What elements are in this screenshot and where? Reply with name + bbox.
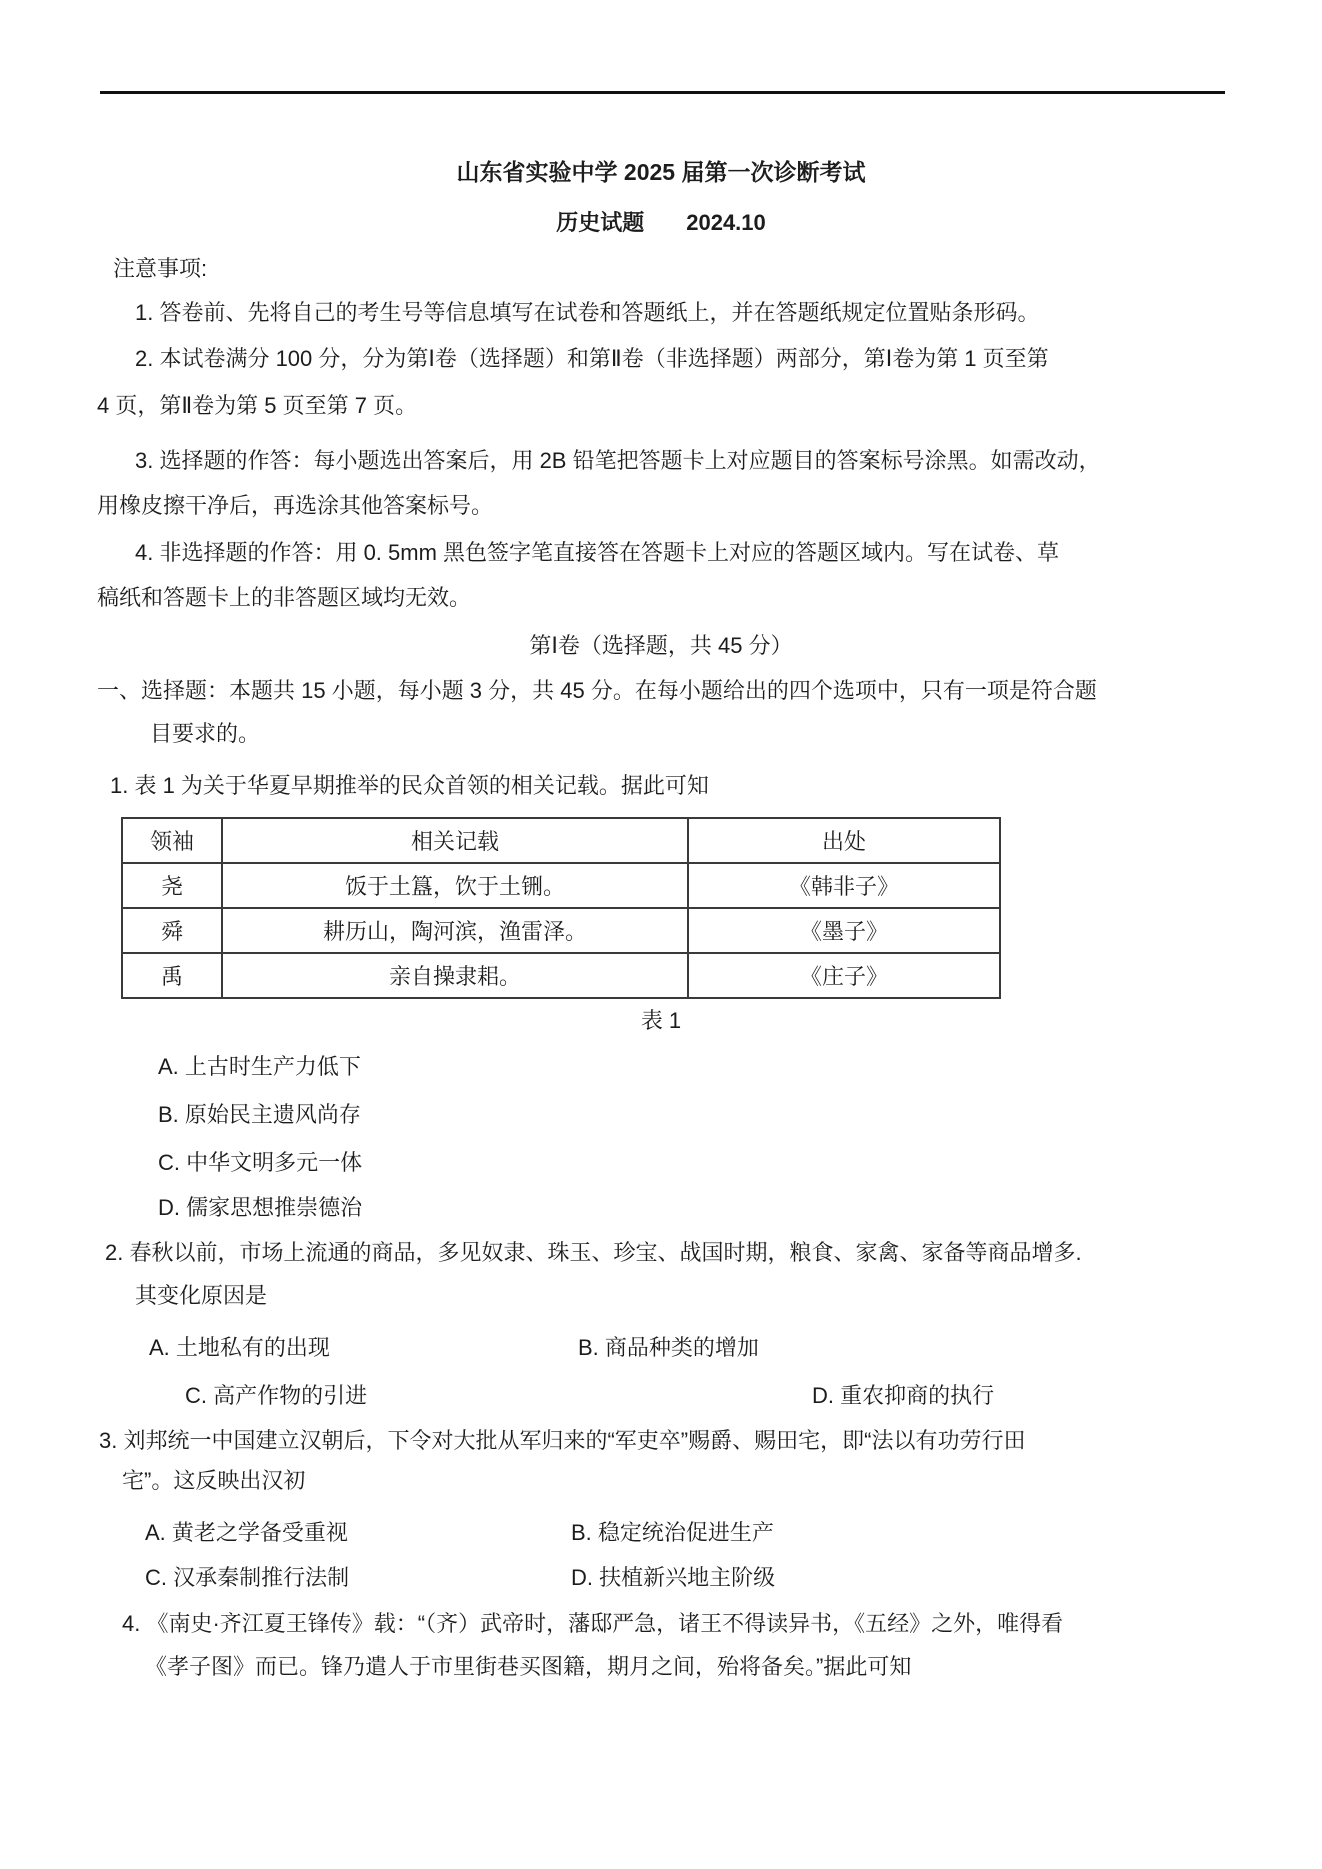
q1-table-cell-record: 亲自操隶耜。 [222,953,688,998]
q1-table-header-source: 出处 [688,818,1000,863]
q2-option-a: A. 土地私有的出现 [149,1325,330,1370]
q1-option-b: B. 原始民主遗风尚存 [158,1092,361,1137]
question-2-stem-line-2: 其变化原因是 [135,1273,267,1318]
exam-date: 2024.10 [686,200,766,245]
q1-option-d: D. 儒家思想推崇德治 [158,1185,362,1230]
notice-item-3-line-1: 3. 选择题的作答：每小题选出答案后，用 2B 铅笔把答题卡上对应题目的答案标号… [135,438,1101,483]
question-1-stem: 1. 表 1 为关于华夏早期推举的民众首领的相关记载。据此可知 [110,763,709,808]
q1-table-cell-leader: 禹 [122,953,222,998]
q1-option-a: A. 上古时生产力低下 [158,1044,361,1089]
exam-page: 山东省实验中学 2025 届第一次诊断考试 历史试题 2024.10 注意事项:… [0,0,1322,1869]
question-4-stem-line-1: 4. 《南史·齐江夏王锋传》载：“（齐）武帝时，藩邸严急，诸王不得读异书，《五经… [122,1601,1063,1646]
q1-table-cell-source: 《庄子》 [688,953,1000,998]
q2-option-b: B. 商品种类的增加 [578,1325,759,1370]
q1-table-cell-record: 饭于土簋，饮于土铏。 [222,863,688,908]
question-4-stem-line-2: 《孝子图》而已。锋乃遣人于市里街巷买图籍，期月之间，殆将备矣。”据此可知 [145,1644,911,1689]
q1-table-cell-record: 耕历山，陶河滨，渔雷泽。 [222,908,688,953]
q1-table-row-shun: 舜 耕历山，陶河滨，渔雷泽。 《墨子》 [122,908,1000,953]
q1-table-cell-leader: 尧 [122,863,222,908]
question-2-stem-line-1: 2. 春秋以前，市场上流通的商品，多见奴隶、珠玉、珍宝、战国时期，粮食、家禽、家… [105,1230,1082,1275]
q1-table-row-yao: 尧 饭于土簋，饮于土铏。 《韩非子》 [122,863,1000,908]
q3-option-b: B. 稳定统治促进生产 [571,1510,774,1555]
question-3-stem-line-2: 宅”。这反映出汉初 [122,1458,305,1503]
notice-item-3-line-2: 用橡皮擦干净后，再选涂其他答案标号。 [97,483,493,528]
q1-table-row-yu: 禹 亲自操隶耜。 《庄子》 [122,953,1000,998]
notice-item-4-line-1: 4. 非选择题的作答：用 0. 5mm 黑色签字笔直接答在答题卡上对应的答题区域… [135,530,1059,575]
subject-line: 历史试题 2024.10 [0,200,1322,245]
q1-table-cell-source: 《韩非子》 [688,863,1000,908]
section-1-intro-line-2: 目要求的。 [150,711,260,756]
notice-item-4-line-2: 稿纸和答题卡上的非答题区域均无效。 [97,575,471,620]
q2-option-c: C. 高产作物的引进 [185,1373,367,1418]
q1-table-cell-leader: 舜 [122,908,222,953]
section-1-heading: 第Ⅰ卷（选择题，共 45 分） [0,623,1322,668]
q1-table-header-record: 相关记载 [222,818,688,863]
top-rule-divider [100,91,1225,94]
notice-item-1: 1. 答卷前、先将自己的考生号等信息填写在试卷和答题纸上，并在答题纸规定位置贴条… [135,290,1039,335]
q1-table-caption: 表 1 [0,1002,1322,1038]
notice-item-2-line-1: 2. 本试卷满分 100 分，分为第Ⅰ卷（选择题）和第Ⅱ卷（非选择题）两部分，第… [135,336,1049,381]
page-title: 山东省实验中学 2025 届第一次诊断考试 [0,150,1322,195]
q1-option-c: C. 中华文明多元一体 [158,1140,362,1185]
q1-table-header-leader: 领袖 [122,818,222,863]
q2-option-d: D. 重农抑商的执行 [812,1373,994,1418]
notice-heading: 注意事项: [113,246,207,291]
q3-option-a: A. 黄老之学备受重视 [145,1510,348,1555]
section-1-intro-line-1: 一、选择题：本题共 15 小题，每小题 3 分，共 45 分。在每小题给出的四个… [97,668,1097,713]
q3-option-d: D. 扶植新兴地主阶级 [571,1555,775,1600]
q1-table-cell-source: 《墨子》 [688,908,1000,953]
q3-option-c: C. 汉承秦制推行法制 [145,1555,349,1600]
subject-label: 历史试题 [556,200,644,245]
q1-table: 领袖 相关记载 出处 尧 饭于土簋，饮于土铏。 《韩非子》 舜 耕历山，陶河滨，… [121,817,1001,999]
q1-table-header-row: 领袖 相关记载 出处 [122,818,1000,863]
notice-item-2-line-2: 4 页，第Ⅱ卷为第 5 页至第 7 页。 [97,383,417,428]
question-3-stem-line-1: 3. 刘邦统一中国建立汉朝后，下令对大批从军归来的“军吏卒”赐爵、赐田宅，即“法… [99,1418,1025,1463]
